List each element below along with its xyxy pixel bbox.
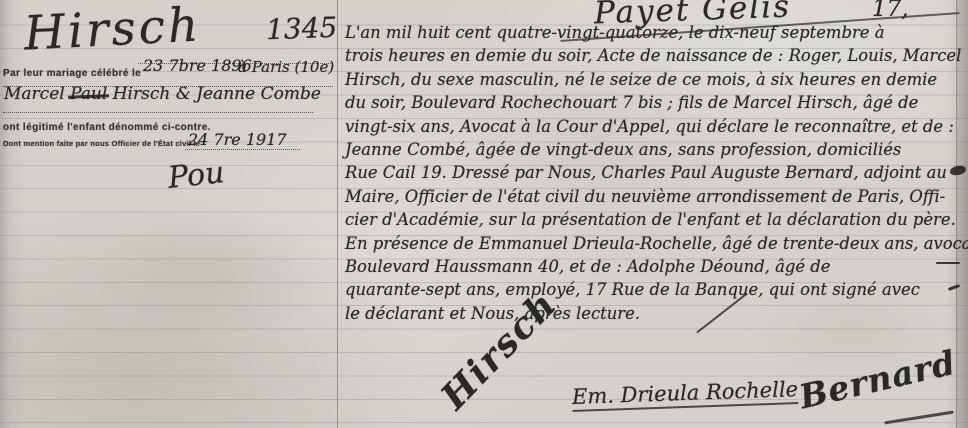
officer-paraph-signature: Pou — [166, 155, 226, 196]
pen-flourish — [884, 411, 954, 424]
spouse-struck-name: Paul — [70, 84, 107, 104]
stamp-mention-date: 24 7re 1917 — [188, 130, 287, 149]
act-line: Boulevard Haussmann 40, et de : Adolphe … — [345, 255, 968, 278]
register-page: Hirsch 1345 Par leur mariage célébré le … — [0, 0, 968, 428]
act-line: Hirsch, du sexe masculin, né le seize de… — [345, 68, 968, 91]
act-line: Maire, Officier de l'état civil du neuvi… — [345, 185, 968, 208]
margin-column-rule — [337, 0, 338, 428]
margin-surname: Hirsch — [23, 0, 203, 62]
spouse-rest-names: Hirsch & Jeanne Combe — [113, 84, 321, 104]
stamp-spouse-names: Marcel Paul Hirsch & Jeanne Combe — [4, 84, 321, 104]
stamp-marriage-date: 23 7bre 1896 — [143, 56, 252, 75]
act-line: Jeanne Combé, âgée de vingt-deux ans, sa… — [345, 138, 968, 161]
stamp-mention-line: Dont mention faite par nous Officier de … — [3, 139, 200, 148]
stamp-marriage-place: à Paris (10e) — [238, 58, 334, 76]
act-number: 1345 — [265, 11, 337, 46]
act-line: Rue Cail 19. Dressé par Nous, Charles Pa… — [345, 161, 968, 184]
signature-drieula-rochelle: Em. Drieula Rochelle — [572, 377, 799, 412]
act-line: le déclarant et Nous, après lecture. — [345, 302, 968, 325]
act-line: cier d'Académie, sur la présentation de … — [345, 208, 968, 231]
stamp-legitimation-line: ont légitimé l'enfant dénommé ci-contre. — [3, 122, 211, 133]
signature-bernard: Bernard — [796, 343, 960, 417]
act-line: quarante-sept ans, employé, 17 Rue de la… — [345, 278, 968, 301]
birth-act-text: L'an mil huit cent quatre-vingt-quatorze… — [345, 21, 968, 325]
act-line: En présence de Emmanuel Drieula-Rochelle… — [345, 232, 968, 255]
stamp-dotted-line-4 — [185, 149, 300, 150]
spouse-first-name: Marcel — [4, 84, 65, 104]
act-line: vingt-six ans, Avocat à la Cour d'Appel,… — [345, 115, 968, 138]
act-line: trois heures en demie du soir, Acte de n… — [345, 44, 968, 67]
act-line: du soir, Boulevard Rochechouart 7 bis ; … — [345, 91, 968, 114]
stamp-marriage-line: Par leur mariage célébré le — [3, 68, 141, 79]
stamp-dotted-line-3 — [3, 112, 313, 113]
